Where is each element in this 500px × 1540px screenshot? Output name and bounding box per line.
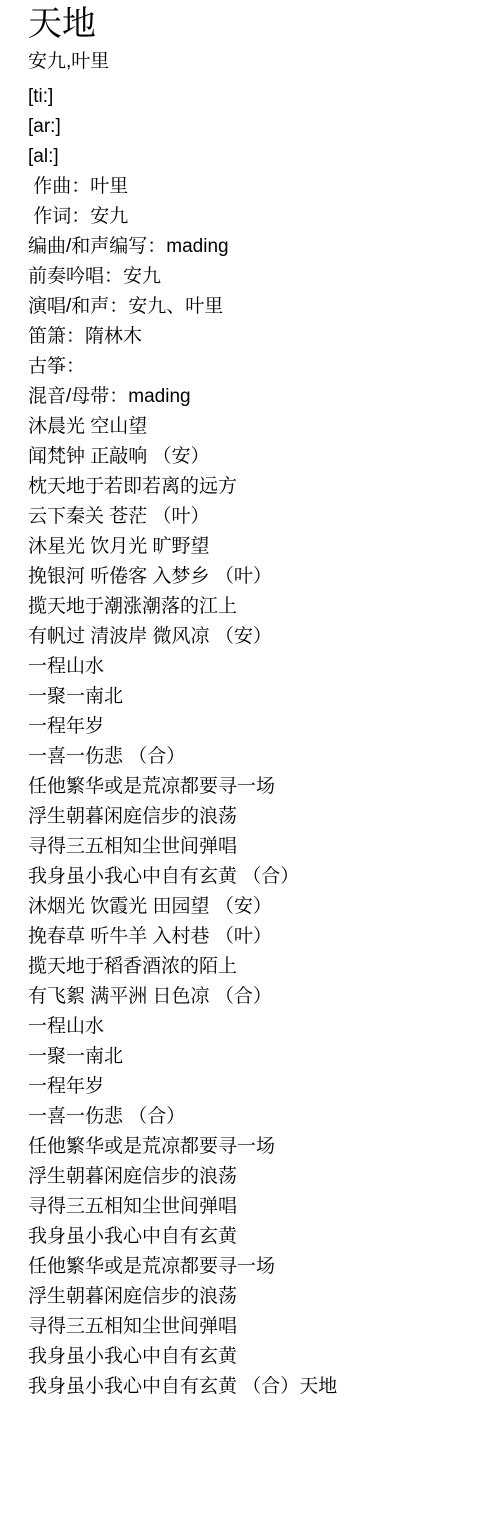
lyric-line: [ar:] <box>28 112 490 142</box>
lyric-line: [al:] <box>28 142 490 172</box>
lyric-line: 揽天地于潮涨潮落的江上 <box>28 592 490 622</box>
lyric-line: 任他繁华或是荒凉都要寻一场 <box>28 1252 490 1282</box>
lyric-line: 浮生朝暮闲庭信步的浪荡 <box>28 1162 490 1192</box>
lyric-line: 作曲：叶里 <box>28 172 490 202</box>
lyric-line: 演唱/和声：安九、叶里 <box>28 292 490 322</box>
lyric-line: 闻梵钟 正敲响 （安） <box>28 442 490 472</box>
lyric-line: 浮生朝暮闲庭信步的浪荡 <box>28 802 490 832</box>
song-title: 天地 <box>28 2 490 47</box>
lyric-line: 编曲/和声编写：mading <box>28 232 490 262</box>
lyric-line: 有帆过 清波岸 微风凉 （安） <box>28 622 490 652</box>
lyrics-body: [ti:][ar:][al:] 作曲：叶里 作词：安九编曲/和声编写：madin… <box>28 82 490 1402</box>
lyric-line: 前奏吟唱：安九 <box>28 262 490 292</box>
lyric-line: 沐烟光 饮霞光 田园望 （安） <box>28 892 490 922</box>
lyric-line: 一程山水 <box>28 652 490 682</box>
lyric-line: 有飞絮 满平洲 日色凉 （合） <box>28 982 490 1012</box>
lyric-line: 沐星光 饮月光 旷野望 <box>28 532 490 562</box>
lyric-line: 寻得三五相知尘世间弹唱 <box>28 832 490 862</box>
lyric-line: [ti:] <box>28 82 490 112</box>
lyric-line: 古筝： <box>28 352 490 382</box>
lyric-line: 一喜一伤悲 （合） <box>28 742 490 772</box>
lyric-line: 枕天地于若即若离的远方 <box>28 472 490 502</box>
lyric-line: 任他繁华或是荒凉都要寻一场 <box>28 1132 490 1162</box>
lyric-line: 揽天地于稻香酒浓的陌上 <box>28 952 490 982</box>
lyric-line: 云下秦关 苍茫 （叶） <box>28 502 490 532</box>
lyric-line: 一程年岁 <box>28 712 490 742</box>
lyric-line: 我身虽小我心中自有玄黄 （合）天地 <box>28 1372 490 1402</box>
lyric-line: 挽银河 听倦客 入梦乡 （叶） <box>28 562 490 592</box>
lyric-line: 寻得三五相知尘世间弹唱 <box>28 1312 490 1342</box>
lyric-line: 任他繁华或是荒凉都要寻一场 <box>28 772 490 802</box>
lyric-line: 一程山水 <box>28 1012 490 1042</box>
lyric-line: 一喜一伤悲 （合） <box>28 1102 490 1132</box>
lyric-line: 我身虽小我心中自有玄黄 （合） <box>28 862 490 892</box>
lyric-line: 笛箫：隋林木 <box>28 322 490 352</box>
lyric-line: 我身虽小我心中自有玄黄 <box>28 1222 490 1252</box>
lyric-line: 一程年岁 <box>28 1072 490 1102</box>
lyric-line: 混音/母带：mading <box>28 382 490 412</box>
artist-name: 安九,叶里 <box>28 47 490 77</box>
lyric-line: 一聚一南北 <box>28 1042 490 1072</box>
lyric-line: 我身虽小我心中自有玄黄 <box>28 1342 490 1372</box>
lyric-line: 寻得三五相知尘世间弹唱 <box>28 1192 490 1222</box>
lyric-line: 挽春草 听牛羊 入村巷 （叶） <box>28 922 490 952</box>
lyric-line: 一聚一南北 <box>28 682 490 712</box>
lyrics-page: 天地 安九,叶里 [ti:][ar:][al:] 作曲：叶里 作词：安九编曲/和… <box>0 0 500 1402</box>
lyric-line: 沐晨光 空山望 <box>28 412 490 442</box>
lyric-line: 作词：安九 <box>28 202 490 232</box>
lyric-line: 浮生朝暮闲庭信步的浪荡 <box>28 1282 490 1312</box>
